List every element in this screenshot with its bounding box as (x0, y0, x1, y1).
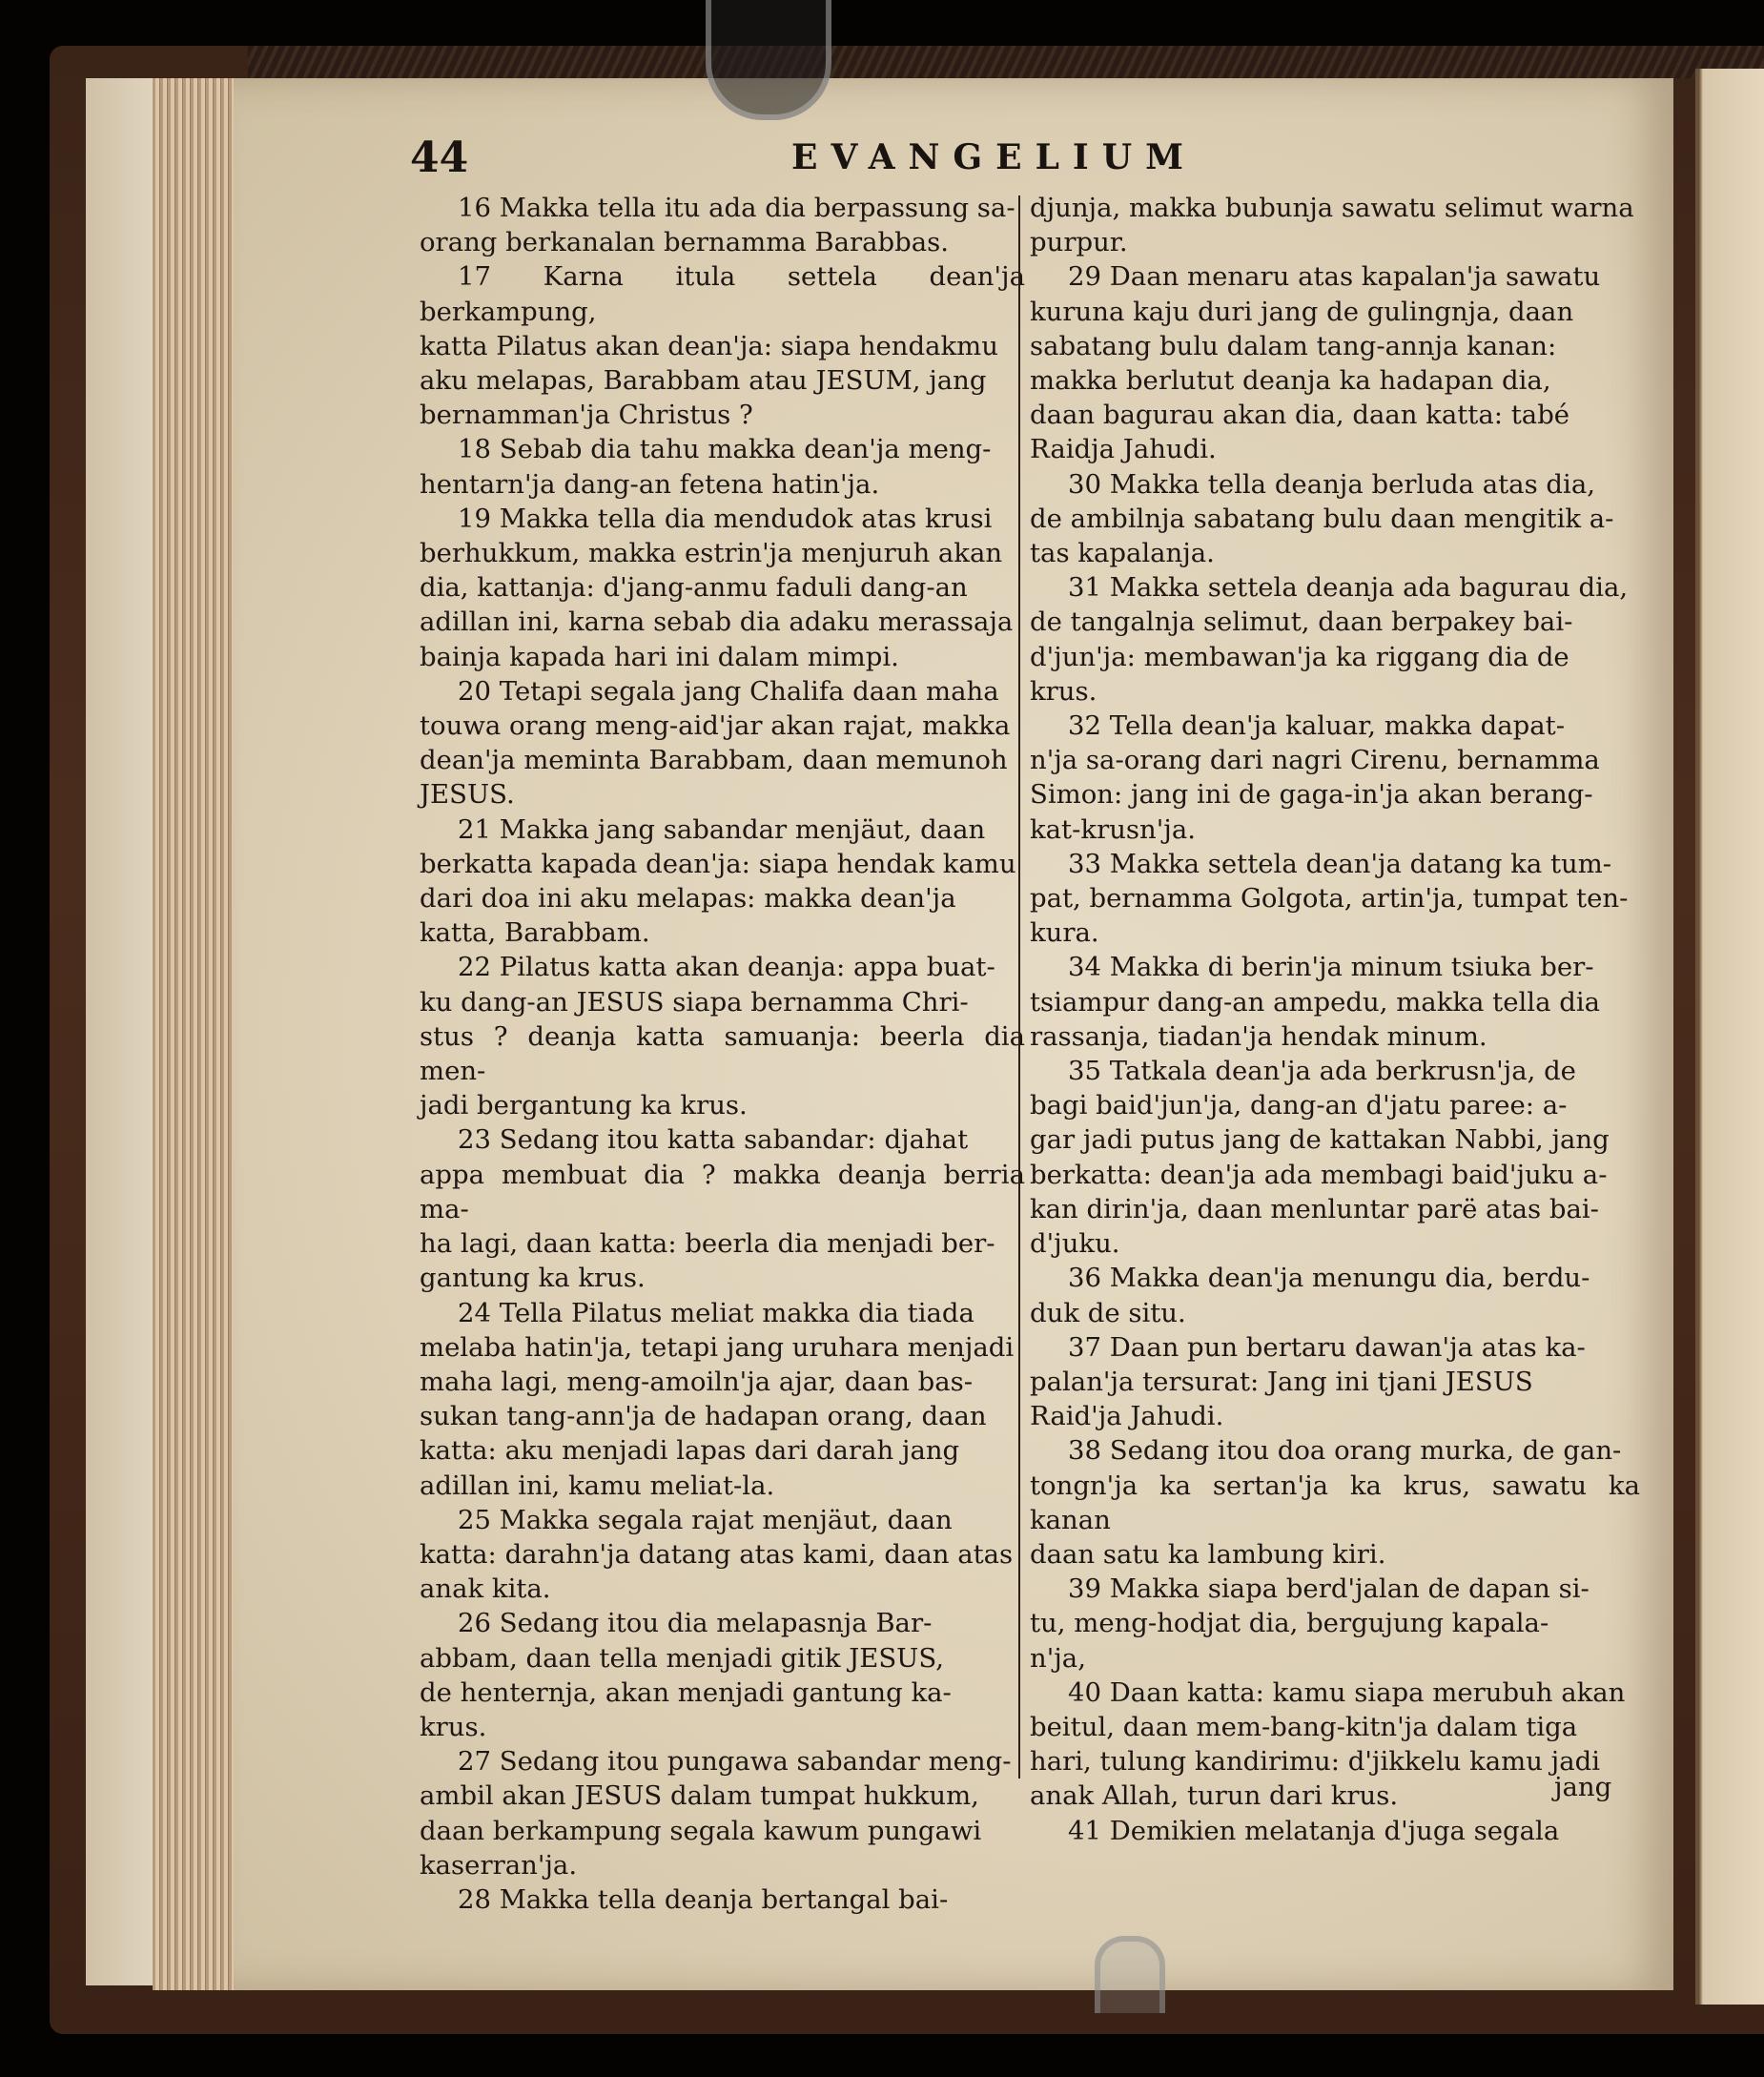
page-stack-edge (153, 78, 234, 1990)
verse: 37 Daan pun bertaru dawan'ja atas ka- pa… (1030, 1330, 1640, 1434)
verse: 18 Sebab dia tahu makka dean'ja meng- he… (420, 432, 1025, 501)
verse: 28 Makka tella deanja bertangal bai- (420, 1882, 1025, 1917)
page-clip-top-icon (706, 0, 831, 120)
flyleaf (86, 78, 162, 1985)
verse: 16 Makka tella itu ada dia berpassung sa… (420, 191, 1025, 259)
verse: 39 Makka siapa berd'jalan de dapan si- t… (1030, 1572, 1640, 1676)
verse: 24 Tella Pilatus meliat makka dia tiada … (420, 1296, 1025, 1503)
left-column: 16 Makka tella itu ada dia berpassung sa… (420, 191, 1025, 1917)
verse: 31 Makka settela deanja ada bagurau dia,… (1030, 570, 1640, 709)
book-top-edge (248, 46, 1764, 78)
verse-continuation: djunja, makka bubunja sawatu selimut war… (1030, 191, 1640, 259)
verse: 41 Demikien melatanja d'juga segala (1030, 1814, 1640, 1848)
verse: 29 Daan menaru atas kapalan'ja sawatu ku… (1030, 259, 1640, 466)
verse: 30 Makka tella deanja berluda atas dia, … (1030, 467, 1640, 571)
verse: 25 Makka segala rajat menjäut, daan katt… (420, 1503, 1025, 1607)
verse: 38 Sedang itou doa orang murka, de gan- … (1030, 1433, 1640, 1572)
verse: 32 Tella dean'ja kaluar, makka dapat- n'… (1030, 709, 1640, 847)
verse: 21 Makka jang sabandar menjäut, daan ber… (420, 812, 1025, 951)
verse: 22 Pilatus katta akan deanja: appa buat-… (420, 950, 1025, 1122)
verse: 26 Sedang itou dia melapasnja Bar- abbam… (420, 1606, 1025, 1744)
facing-page-gutter (1695, 69, 1764, 2005)
verse: 19 Makka tella dia mendudok atas krusi b… (420, 502, 1025, 674)
verse: 36 Makka dean'ja menungu dia, berdu- duk… (1030, 1261, 1640, 1329)
right-column: djunja, makka bubunja sawatu selimut war… (1030, 191, 1640, 1848)
verse: 20 Tetapi segala jang Chalifa daan maha … (420, 674, 1025, 812)
page-number: 44 (410, 134, 468, 182)
verse: 35 Tatkala dean'ja ada berkrusn'ja, de b… (1030, 1054, 1640, 1261)
page-clip-bottom-icon (1095, 1936, 1165, 2013)
verse: 17 Karna itula settela dean'ja berkampun… (420, 259, 1025, 432)
verse: 34 Makka di berin'ja minum tsiuka ber- t… (1030, 950, 1640, 1054)
verse: 40 Daan katta: kamu siapa merubuh akan b… (1030, 1676, 1640, 1814)
page-header: 44 EVANGELIUM (410, 134, 1640, 181)
column-divider (1018, 195, 1020, 1779)
verse: 27 Sedang itou pungawa sabandar meng- am… (420, 1744, 1025, 1882)
verse: 23 Sedang itou katta sabandar: djahat ap… (420, 1122, 1025, 1295)
catchword: jang (1554, 1772, 1611, 1802)
running-title: EVANGELIUM (791, 137, 1197, 177)
verse: 33 Makka settela dean'ja datang ka tum- … (1030, 847, 1640, 951)
